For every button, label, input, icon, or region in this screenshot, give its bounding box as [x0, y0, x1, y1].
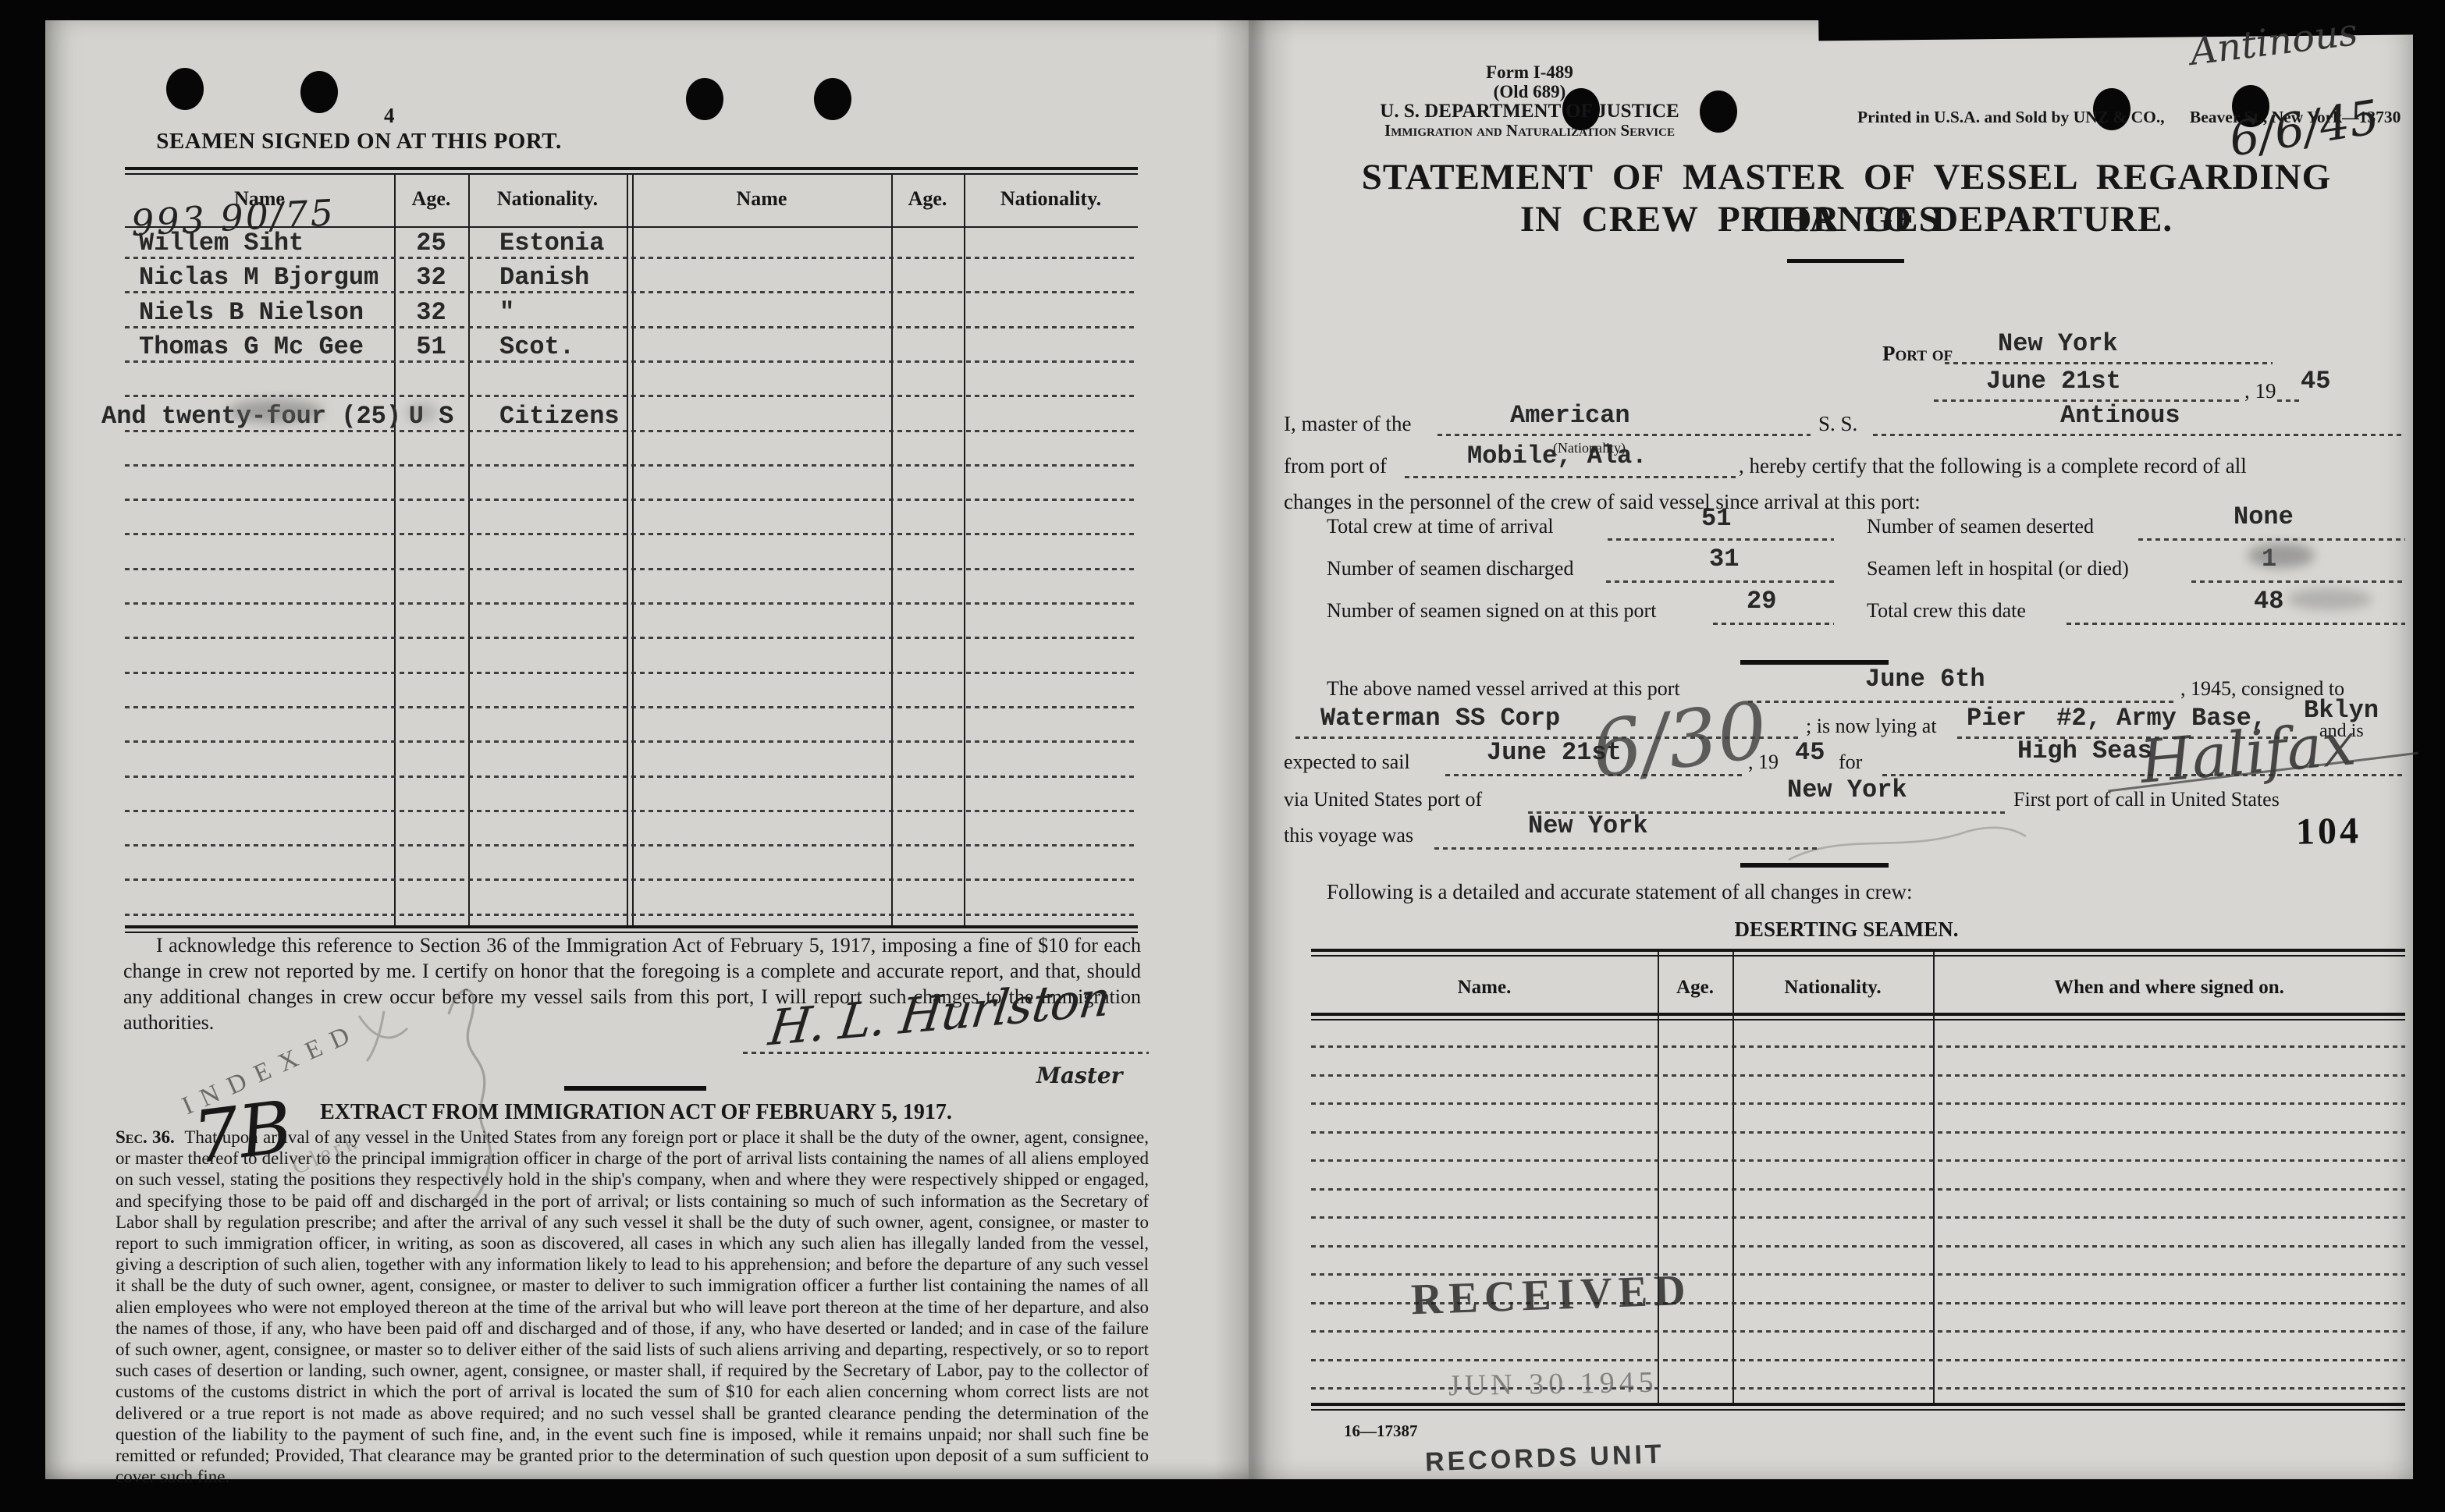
from-port-line	[1405, 476, 1736, 478]
column-line	[1658, 952, 1659, 1403]
certify-text: , hereby certify that the following is a…	[1739, 454, 2247, 478]
column-header-signed-on: When and where signed on.	[1933, 977, 2405, 999]
arrived-label: The above named vessel arrived at this p…	[1327, 677, 1680, 701]
vessel-line	[1873, 434, 2405, 436]
for-label: for	[1839, 751, 1862, 774]
via-label: via United States port of	[1284, 788, 1482, 811]
ink-smudge	[2248, 543, 2315, 568]
year-value2: 45	[1795, 738, 1825, 767]
department-name: U. S. DEPARTMENT OF JUSTICE	[1350, 101, 1709, 121]
ink-smudge	[2287, 588, 2372, 610]
table-row-line	[1311, 1359, 2405, 1361]
table-bottom-rule	[1311, 1403, 2405, 1411]
following-text: Following is a detailed and accurate sta…	[1327, 880, 1912, 904]
stat-value: 51	[1701, 504, 1731, 533]
lying-label: ; is now lying at	[1806, 715, 1937, 738]
table-row-line	[1311, 1330, 2405, 1333]
form-code: 16—17387	[1344, 1421, 1418, 1441]
stat-label: Total crew at time of arrival	[1327, 515, 1554, 538]
form-number: Form I-489	[1350, 62, 1709, 82]
voyage-label: this voyage was	[1284, 824, 1413, 847]
table-header-rule	[1311, 1013, 2405, 1020]
certify-text2: changes in the personnel of the crew of …	[1284, 490, 1921, 514]
form-title-line2: IN CREW PRIOR TO DEPARTURE.	[1285, 198, 2408, 240]
stat-value: 31	[1709, 545, 1739, 573]
table-row-line	[1311, 1216, 2405, 1219]
stat-line	[1713, 623, 1834, 625]
received-date-stamp: JUN 30 1945	[1448, 1365, 1658, 1404]
vessel-value: Antinous	[2060, 401, 2180, 430]
expected-suffix: , 19	[1748, 751, 1779, 774]
expected-line	[1445, 774, 1742, 776]
column-header-age: Age.	[1658, 977, 1732, 999]
stat-line	[1606, 580, 1834, 583]
from-port-label: from port of	[1284, 454, 1387, 478]
service-name: Immigration and Naturalization Service	[1350, 121, 1709, 140]
stat-line	[1608, 538, 1834, 541]
master-of-label: I, master of the	[1284, 412, 1411, 436]
voyage-line	[1434, 847, 1817, 850]
scanned-document: 4 SEAMEN SIGNED ON AT THIS PORT. Name Ag…	[0, 0, 2445, 1512]
via-value: New York	[1787, 776, 1907, 804]
pencil-scribble	[1789, 828, 2026, 860]
ss-label: S. S.	[1818, 412, 1857, 436]
year-line	[2277, 399, 2299, 402]
port-line	[1945, 362, 2273, 364]
stat-value: 29	[1747, 587, 1776, 616]
table-row-line	[1311, 1074, 2405, 1077]
section-divider	[1740, 863, 1889, 868]
stat-line	[2191, 580, 2405, 583]
expected-value: June 21st	[1487, 738, 1622, 767]
stat-label: Number of seamen discharged	[1327, 557, 1573, 580]
table-row-line	[1311, 1245, 2405, 1248]
stat-label: Number of seamen deserted	[1867, 515, 2094, 538]
stat-value: 48	[2254, 587, 2283, 616]
pencil-scribble	[449, 990, 490, 1204]
table-top-rule	[1311, 949, 2405, 957]
page-stamp-104: 104	[2296, 809, 2362, 853]
port-of-label: Port of	[1882, 342, 1953, 366]
stat-label: Total crew this date	[1867, 599, 2026, 623]
date-printed-19: , 19	[2244, 379, 2276, 403]
table-row-line	[1311, 1045, 2405, 1048]
stat-label: Seamen left in hospital (or died)	[1867, 557, 2129, 580]
table-row-line	[1311, 1131, 2405, 1134]
from-port-value: Mobile, Ala.	[1467, 442, 1647, 470]
year-value: 45	[2301, 367, 2330, 396]
stat-line	[2138, 538, 2405, 541]
arrived-line	[1748, 701, 2176, 703]
nationality-line	[1438, 434, 1811, 436]
stat-line	[2067, 623, 2405, 625]
nationality-value: American	[1510, 401, 1630, 430]
received-stamp: RECEIVED	[1410, 1265, 1693, 1326]
column-line	[1933, 952, 1935, 1403]
voyage-value: New York	[1528, 811, 1648, 840]
column-header-nationality: Nationality.	[1732, 977, 1933, 999]
title-divider	[1787, 259, 1904, 263]
arrived-value: June 6th	[1865, 665, 1985, 694]
table-row-line	[1311, 1159, 2405, 1162]
deserting-seamen-heading: DESERTING SEAMEN.	[1285, 917, 2408, 942]
first-port-label: First port of call in United States	[2013, 788, 2280, 811]
column-header-name: Name.	[1311, 977, 1658, 999]
pencil-scribble	[359, 1011, 407, 1061]
table-row-line	[1311, 1188, 2405, 1191]
stat-label: Number of seamen signed on at this port	[1327, 599, 1656, 623]
form-number-block: Form I-489 (Old 689) U. S. DEPARTMENT OF…	[1350, 62, 1709, 140]
consignee-value: Waterman SS Corp	[1320, 704, 1560, 733]
expected-label: expected to sail	[1284, 751, 1410, 774]
destination-value: High Seas	[2017, 736, 2152, 765]
stat-value: None	[2234, 502, 2294, 531]
table-row-line	[1311, 1102, 2405, 1105]
port-value: New York	[1998, 329, 2118, 358]
column-line	[1732, 952, 1734, 1403]
form-number-old: (Old 689)	[1350, 82, 1709, 101]
date-value: June 21st	[1986, 367, 2121, 396]
